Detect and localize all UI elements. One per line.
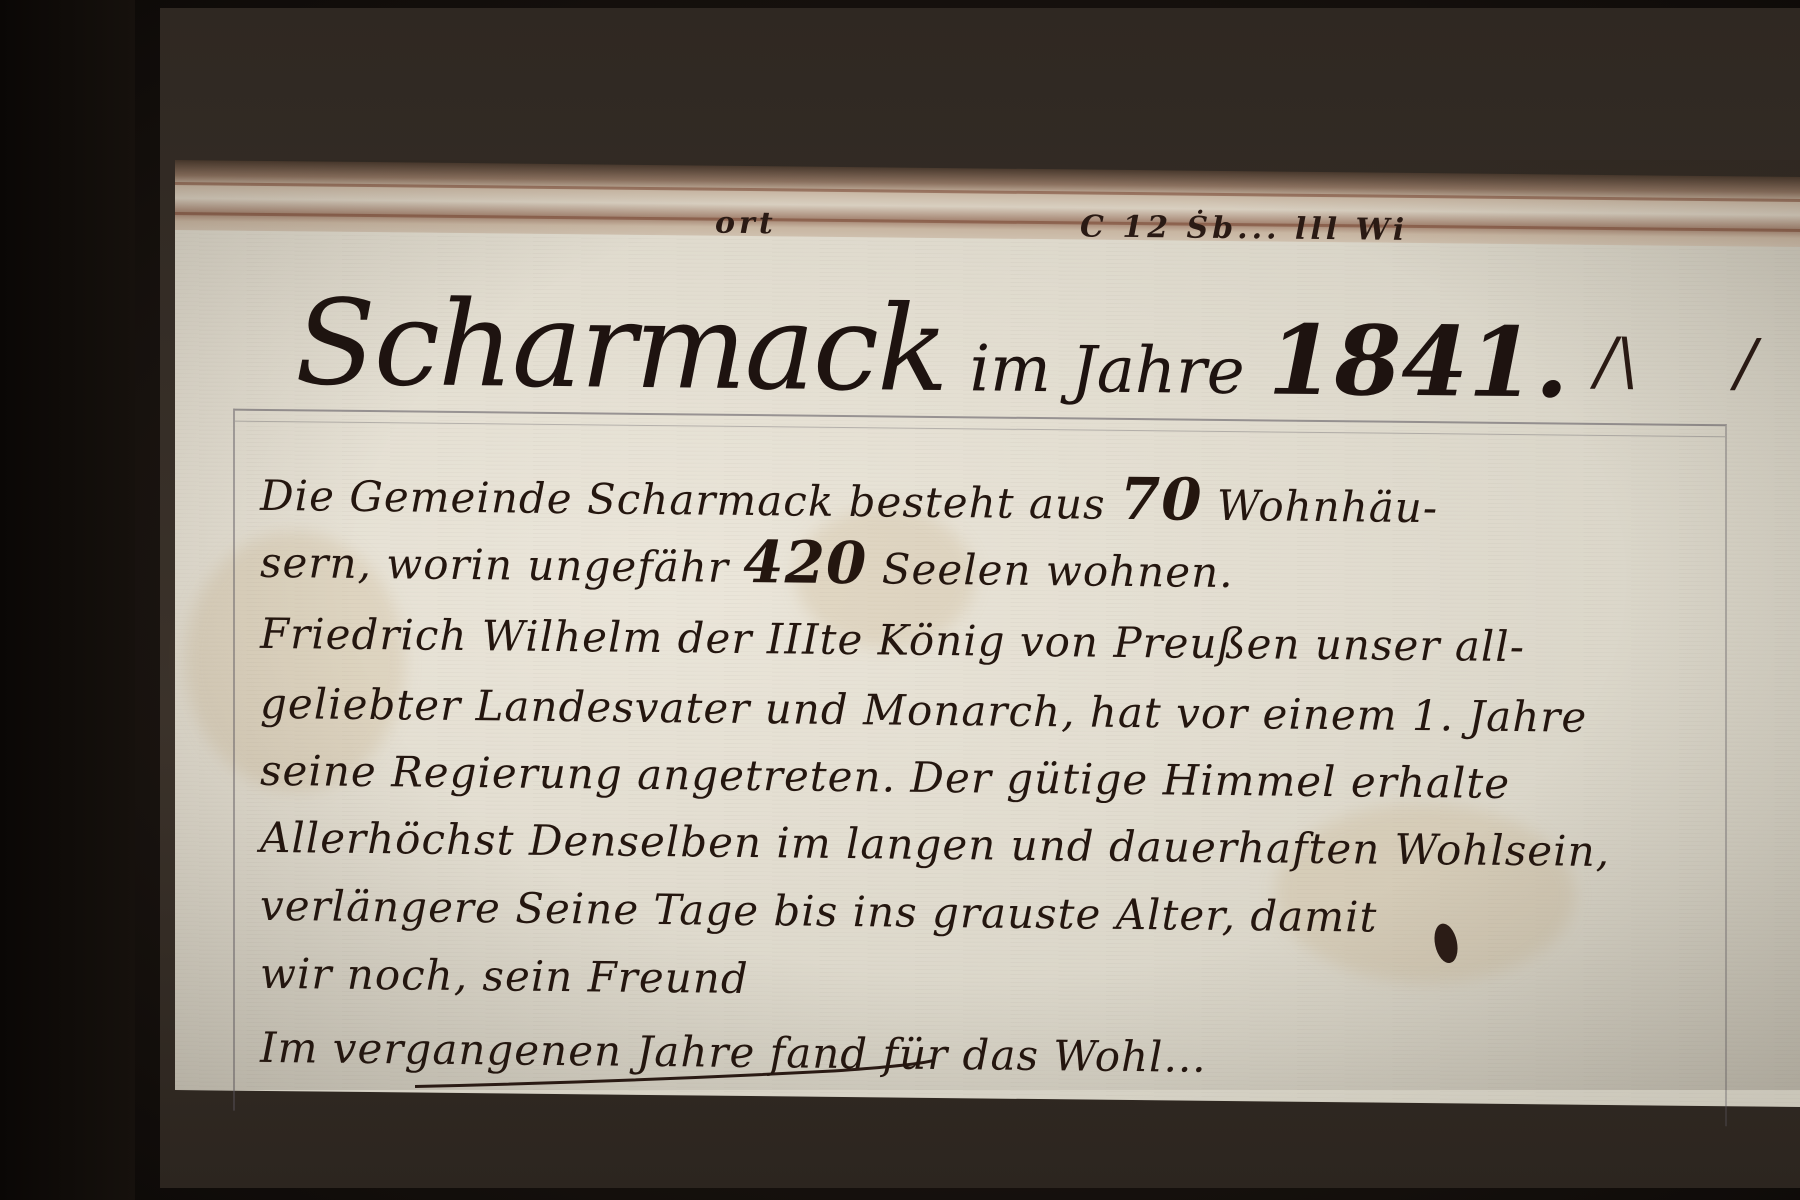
manuscript-line-2: sern, worin ungefähr 420 Seelen wohnen. <box>260 523 1234 601</box>
left-wall <box>0 0 135 1200</box>
line-text: Die Gemeinde Scharmack besteht aus <box>260 471 1120 529</box>
house-count: 70 <box>1120 465 1203 534</box>
margin-mark: /\ <box>1595 325 1638 399</box>
population-count: 420 <box>743 528 867 597</box>
manuscript-bottom-partial-line: Im vergangenen Jahre fand für das Wohl..… <box>260 1023 1207 1082</box>
title-connector: im Jahre <box>970 332 1245 409</box>
manuscript-title: Scharmack im Jahre 1841. <box>295 273 1568 424</box>
line-text: sern, worin ungefähr <box>260 538 743 592</box>
page-edge-line <box>175 212 1800 232</box>
margin-mark: / <box>1735 326 1757 400</box>
page-edge-line <box>175 182 1800 202</box>
projected-manuscript-page: ort C 12 Ṡb... lll Wi Scharmack im Jahre… <box>175 160 1800 1107</box>
manuscript-line-8: wir noch, sein Freund <box>260 949 749 1003</box>
line-text: Seelen wohnen. <box>867 544 1233 597</box>
title-place-name: Scharmack <box>295 273 947 418</box>
room-background: ort C 12 Ṡb... lll Wi Scharmack im Jahre… <box>0 0 1800 1200</box>
title-year: 1841. <box>1268 303 1569 419</box>
manuscript-paper: Scharmack im Jahre 1841. /\ / Die Gemein… <box>175 230 1800 1107</box>
line-text: Wohnhäu- <box>1203 481 1438 532</box>
